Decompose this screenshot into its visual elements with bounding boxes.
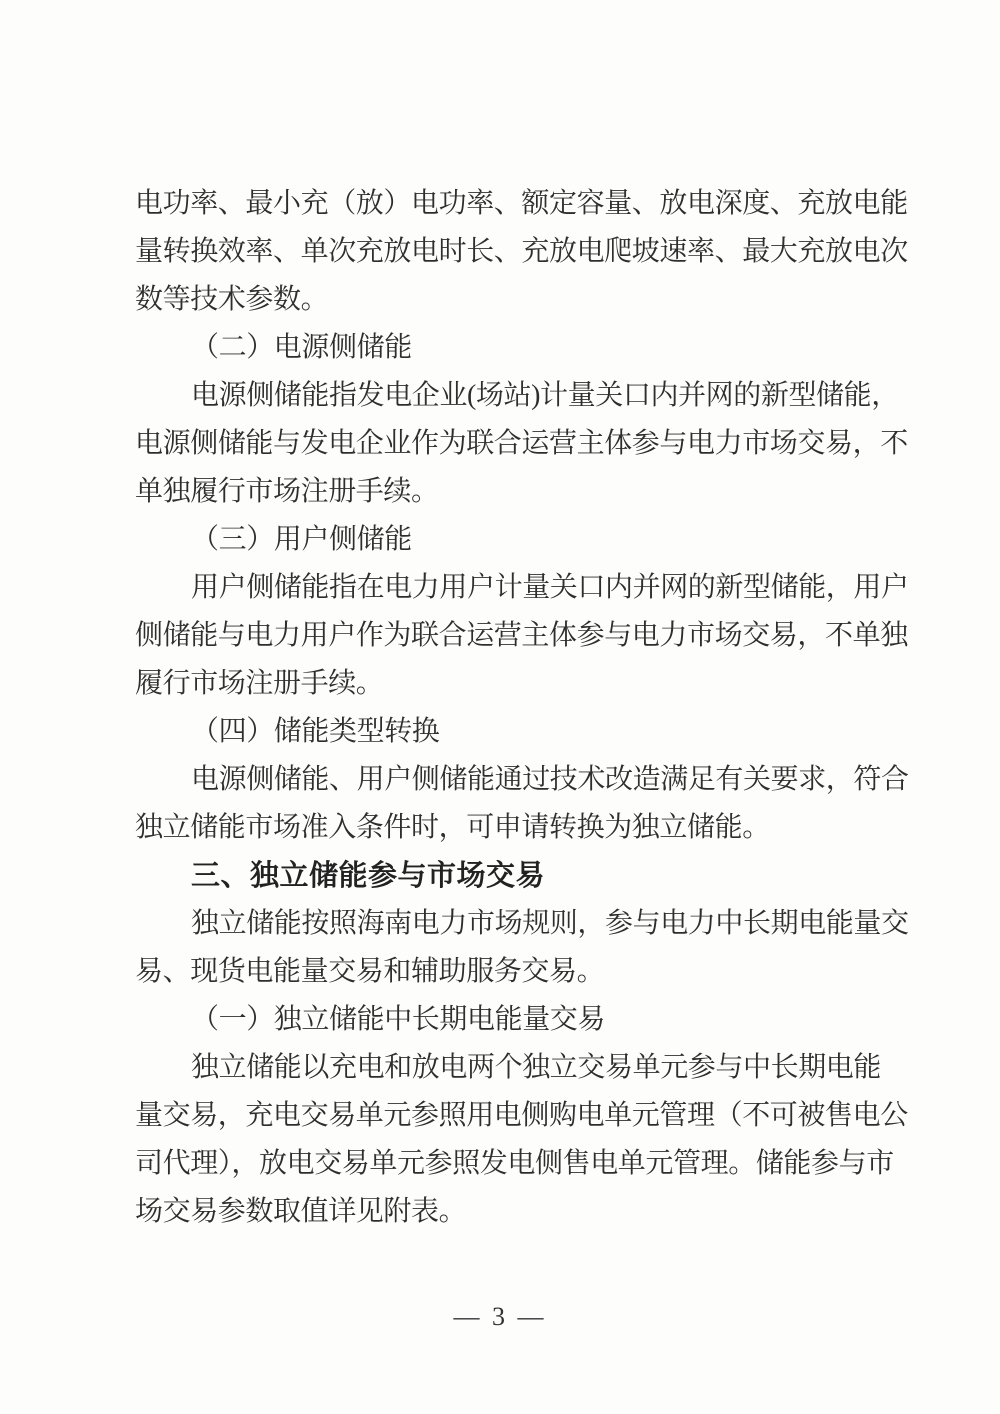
- text-line: （三）用户侧储能: [135, 516, 887, 564]
- text-line: 电源侧储能、用户侧储能通过技术改造满足有关要求，符合: [135, 756, 887, 804]
- text-line: 单独履行市场注册手续。: [135, 468, 887, 516]
- text-line: 电源侧储能指发电企业(场站)计量关口内并网的新型储能，: [135, 372, 887, 420]
- text-line: 独立储能以充电和放电两个独立交易单元参与中长期电能: [135, 1044, 887, 1092]
- text-line: 量转换效率、单次充放电时长、充放电爬坡速率、最大充放电次: [135, 228, 887, 276]
- text-line: 电功率、最小充（放）电功率、额定容量、放电深度、充放电能: [135, 180, 887, 228]
- text-line: （二）电源侧储能: [135, 324, 887, 372]
- page-number: — 3 —: [0, 1302, 1000, 1332]
- body-text: 电功率、最小充（放）电功率、额定容量、放电深度、充放电能量转换效率、单次充放电时…: [135, 180, 887, 1236]
- text-line: 数等技术参数。: [135, 276, 887, 324]
- text-line: 易、现货电能量交易和辅助服务交易。: [135, 948, 887, 996]
- text-line: （四）储能类型转换: [135, 708, 887, 756]
- text-line: 司代理），放电交易单元参照发电侧售电单元管理。储能参与市: [135, 1140, 887, 1188]
- section-heading: 三、独立储能参与市场交易: [135, 852, 887, 900]
- text-line: 侧储能与电力用户作为联合运营主体参与电力市场交易，不单独: [135, 612, 887, 660]
- text-line: 独立储能市场准入条件时，可申请转换为独立储能。: [135, 804, 887, 852]
- text-line: 量交易，充电交易单元参照用电侧购电单元管理（不可被售电公: [135, 1092, 887, 1140]
- text-line: 电源侧储能与发电企业作为联合运营主体参与电力市场交易，不: [135, 420, 887, 468]
- text-line: 履行市场注册手续。: [135, 660, 887, 708]
- text-line: （一）独立储能中长期电能量交易: [135, 996, 887, 1044]
- text-line: 场交易参数取值详见附表。: [135, 1188, 887, 1236]
- document-page: 电功率、最小充（放）电功率、额定容量、放电深度、充放电能量转换效率、单次充放电时…: [0, 0, 1000, 1414]
- text-line: 独立储能按照海南电力市场规则，参与电力中长期电能量交: [135, 900, 887, 948]
- text-line: 用户侧储能指在电力用户计量关口内并网的新型储能，用户: [135, 564, 887, 612]
